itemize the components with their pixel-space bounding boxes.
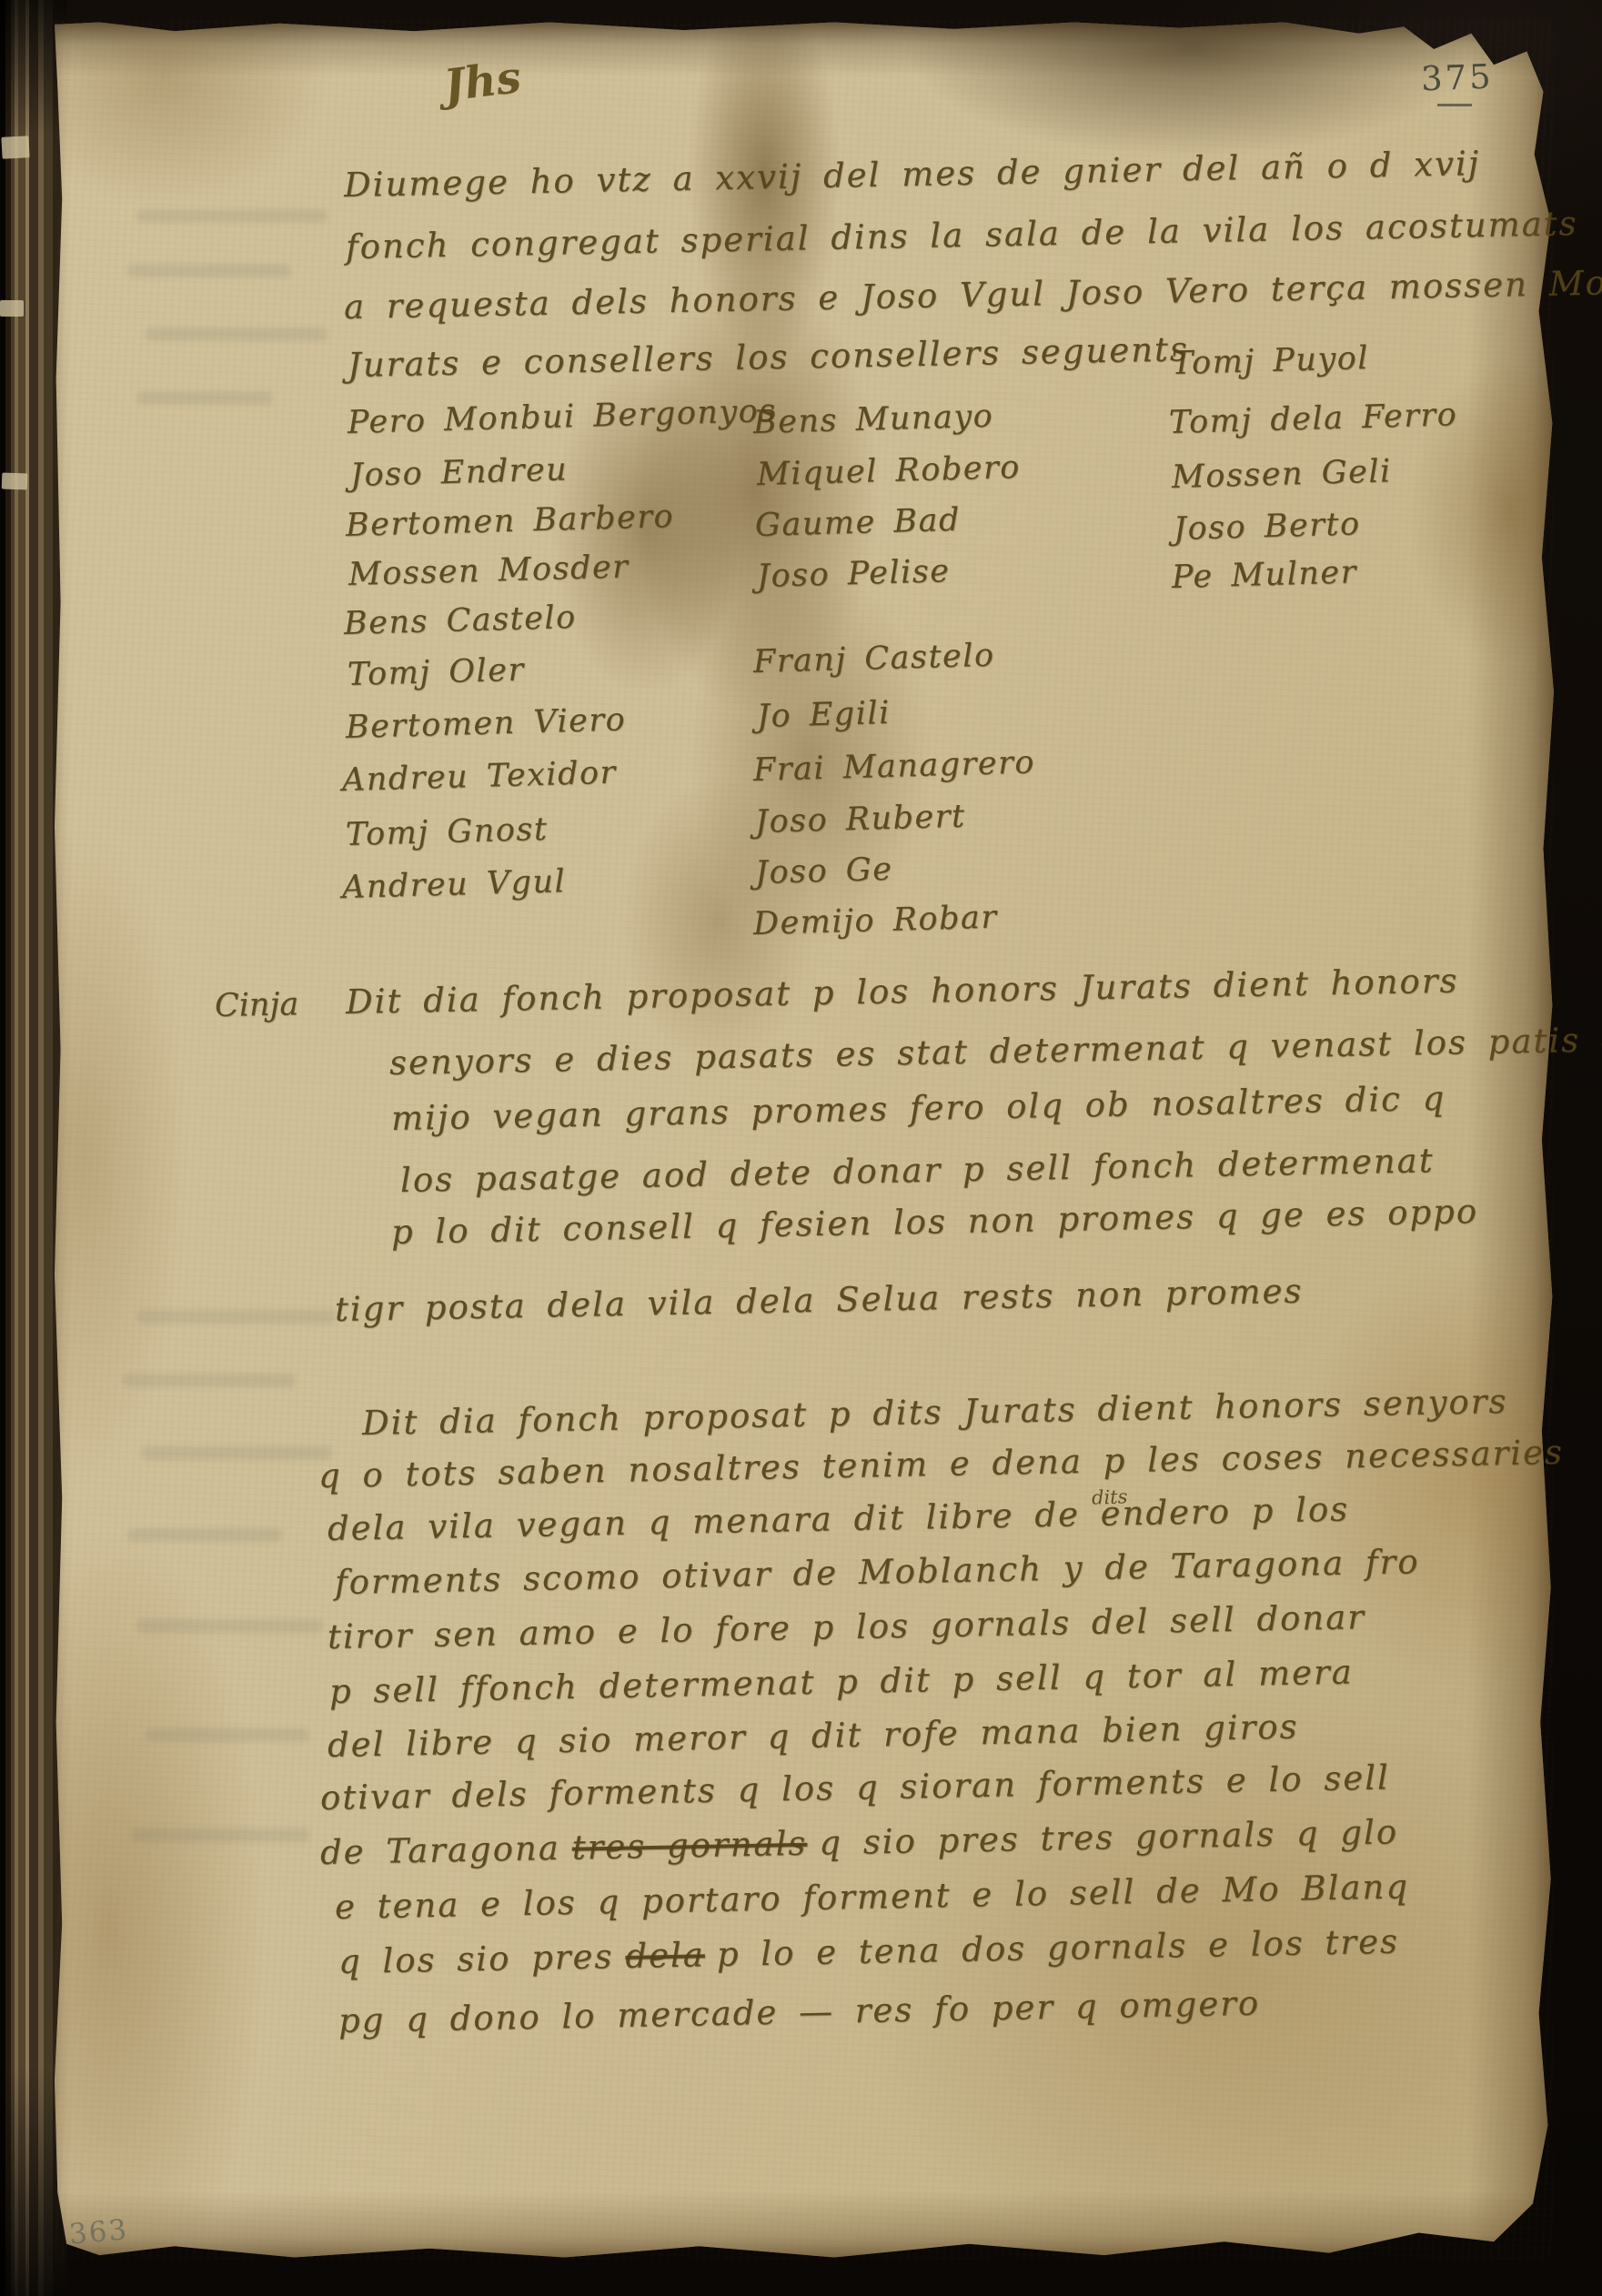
bleed-through-ghost: [136, 1619, 323, 1633]
ihs-monogram: Jhs: [441, 52, 524, 112]
attendee-name: Demijo Robar: [752, 900, 998, 942]
attendee-name: Tomj Puyol: [1171, 340, 1369, 382]
page-edge-tab: [1, 136, 29, 159]
attendee-name: Andreu Texidor: [341, 755, 617, 799]
line-segment: de Taragona: [320, 1828, 561, 1872]
attendee-name: Gaume Bad: [754, 502, 961, 544]
attendee-name: Joso Pelise: [756, 553, 951, 595]
catalog-number: 363: [68, 2213, 130, 2251]
attendee-name: Miquel Robero: [756, 449, 1021, 493]
bleed-through-ghost: [146, 1728, 309, 1742]
folio-underline: [1437, 104, 1472, 106]
attendee-name: Joso Ge: [754, 851, 892, 891]
attendee-name: Joso Endreu: [349, 451, 568, 494]
page-edge-tab: [2, 473, 28, 490]
bleed-through-ghost: [132, 1828, 309, 1842]
bleed-through-ghost: [127, 264, 291, 277]
attendee-name: Bens Munayo: [752, 398, 993, 441]
bleed-through-ghost: [127, 1528, 282, 1542]
attendee-name: Joso Rubert: [754, 799, 966, 841]
manuscript-photo: Jhs 375 Diumege ho vtz a xxvij del mes d…: [0, 0, 1602, 2296]
attendee-name: Tomj Oler: [347, 652, 525, 693]
attendee-name: Franj Castelo: [752, 638, 995, 680]
page-edge-tab: [0, 300, 24, 317]
bleed-through-ghost: [136, 1310, 337, 1324]
bleed-through-ghost: [136, 391, 273, 405]
attendee-name: Pe Mulner: [1171, 554, 1357, 596]
attendee-name: Mossen Geli: [1171, 453, 1392, 496]
struck-text: tres gornals: [571, 1824, 807, 1868]
bleed-through-ghost: [136, 209, 327, 223]
attendee-name: Joso Berto: [1173, 506, 1361, 548]
bleed-through-ghost: [141, 1446, 332, 1460]
folio-number: 375: [1420, 57, 1494, 99]
bleed-through-ghost: [146, 327, 327, 341]
attendee-name: Jo Egili: [756, 695, 891, 735]
attendee-name: Bens Castelo: [343, 599, 577, 642]
margin-note: Cinja: [215, 986, 299, 1024]
line-segment: q los sio pres: [338, 1937, 614, 1981]
attendee-name: Tomj Gnost: [345, 811, 548, 853]
bleed-through-ghost: [123, 1374, 296, 1387]
attendee-name: Andreu Vgul: [341, 863, 566, 906]
struck-text: dela: [625, 1935, 705, 1976]
interline-insertion: dits: [1092, 1485, 1128, 1508]
